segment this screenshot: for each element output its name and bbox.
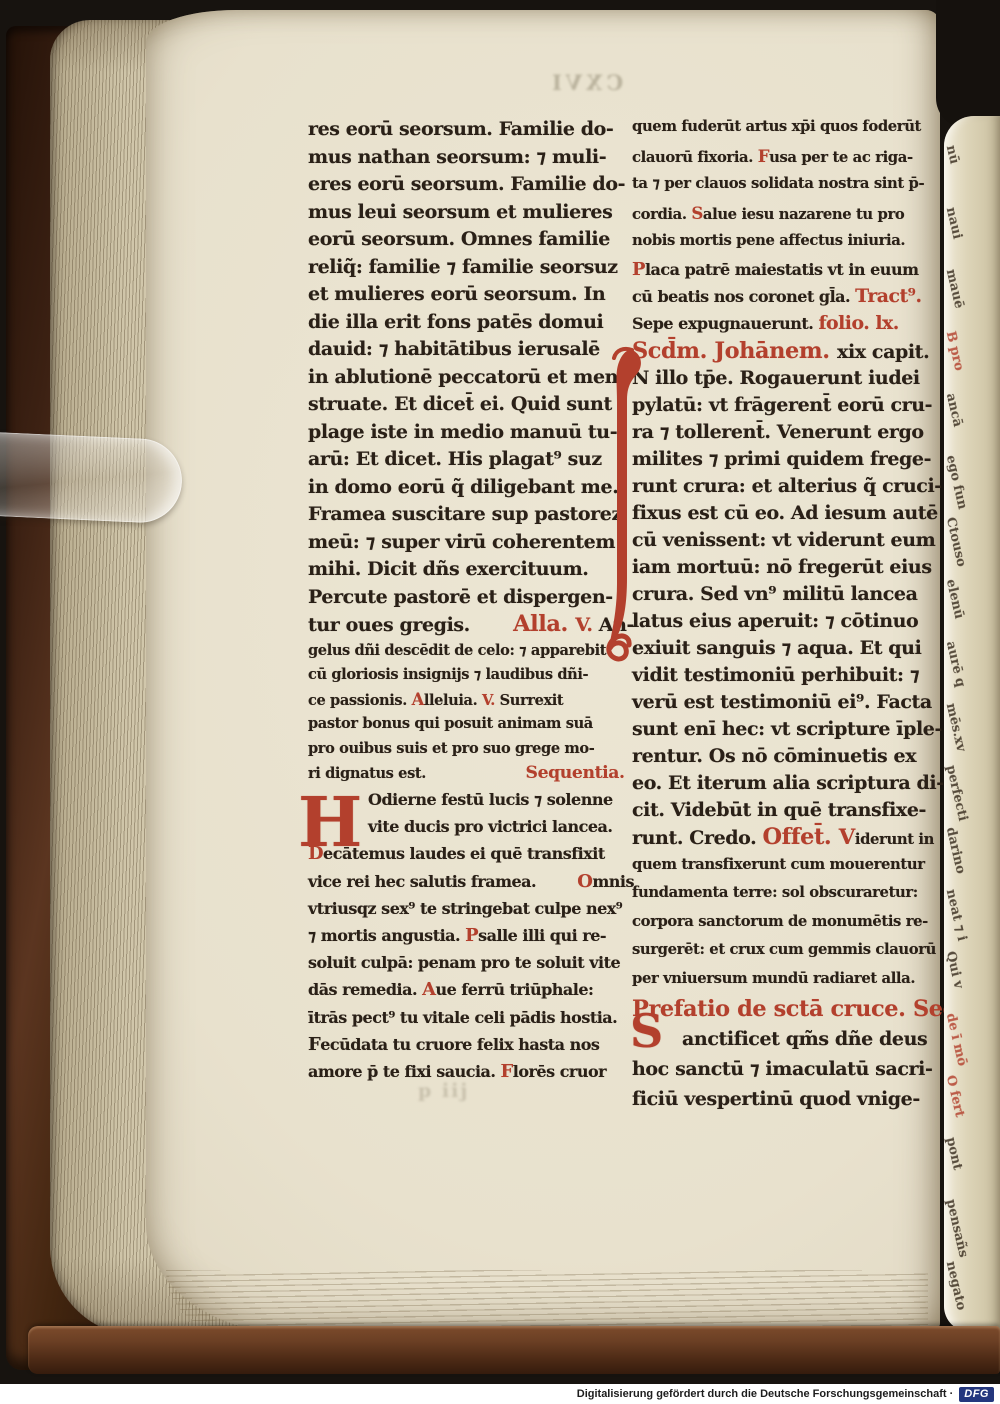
text-line: mus leui seorsum et mulieres <box>308 199 634 227</box>
text-line: vidit testimoniū perhibuit: ⁊ <box>632 662 942 689</box>
lombardic-initial-s: S <box>630 1008 663 1054</box>
text-line: corpora sanctorum de monumētis re- <box>632 908 942 937</box>
background-top-right <box>936 0 1000 128</box>
text-line: Sepe expugnauerunt. folio. lx. <box>632 310 942 337</box>
facing-page-edge: nūnauimauēB proancāego funCtousoelenūaur… <box>944 116 1000 1332</box>
text-line: latus eius aperuit: ⁊ cōtinuo <box>632 608 942 635</box>
facing-page-text-fragment: perfecti <box>944 764 970 823</box>
facing-page-text-fragment: Ctouso <box>944 516 969 569</box>
facing-page-text-fragment: darino <box>944 826 968 876</box>
bottom-page-edges <box>166 1270 928 1332</box>
plastic-page-holder <box>0 432 184 525</box>
text-line: res eorū seorsum. Familie do- <box>308 116 634 144</box>
text-line: struate. Et dicet̄ ei. Quid sunt <box>308 391 634 419</box>
facing-page-text-fragment: elenū <box>944 578 966 621</box>
text-line: tur oues gregis.Alla. V. An- <box>308 611 634 639</box>
text-line: hoc sanctū ⁊ imaculatū sacri- <box>632 1054 942 1084</box>
text-line: Scd̄m. Johānem. xix capit. <box>632 338 942 365</box>
text-line: surgerēt: et crux cum gemmis clauorū <box>632 936 942 965</box>
text-line: per vniuersum mundū radiaret alla. <box>632 965 942 994</box>
text-line: ⁊ mortis angustia. Psalle illi qui re- <box>308 922 634 949</box>
text-line: gelus dñi descēdit de celo: ⁊ apparebit <box>308 639 634 664</box>
text-line: ītrās pect⁹ tu vitale celi pādis hostia. <box>308 1004 634 1031</box>
text-line: ra ⁊ tollerent̄. Venerunt ergo <box>632 419 942 446</box>
text-line: die illa erit fons patēs domui <box>308 309 634 337</box>
facing-page-text-fragment: mauē <box>944 268 966 310</box>
text-line: N illo tp̄e. Rogauerunt iudei <box>632 365 942 392</box>
dfg-logo: DFG <box>959 1387 994 1402</box>
text-line: Framea suscitare sup pastorez <box>308 501 634 529</box>
text-line: runt crura: et alterius q̃ cruci- <box>632 473 942 500</box>
folio-number-showthrough: CXVI <box>548 70 623 95</box>
text-line: Fecūdata tu cruore felix hasta nos <box>308 1031 634 1058</box>
text-line: cordia. Salue iesu nazarene tu pro <box>632 199 942 228</box>
text-line: ficiū vespertinū quod vnige- <box>632 1084 942 1114</box>
manuscript-page: CXVI res eorū seorsum. Familie do-mus na… <box>146 10 940 1334</box>
text-line: vtriusqz sex⁹ te stringebat culpe nex⁹ <box>308 895 634 922</box>
text-line: eres eorū seorsum. Familie do- <box>308 171 634 199</box>
text-line: reliq̃: familie ⁊ familie seorsuz <box>308 254 634 282</box>
text-line: rentur. Os nō cōminuetis ex <box>632 743 942 770</box>
text-line: pro ouibus suis et pro suo grege mo- <box>308 737 634 762</box>
facing-page-text-fragment: aurē q <box>944 640 968 689</box>
text-line: Percute pastorē et dispergen- <box>308 584 634 612</box>
text-line: anctificet qm̃s dñe deus <box>632 1024 942 1054</box>
lombardic-initial-h: H <box>298 792 362 854</box>
text-line: cū gloriosis insignijs ⁊ laudibus dñi- <box>308 663 634 688</box>
facing-page-text-fragment: Qui v <box>944 950 966 990</box>
text-line: iam mortuū: nō fregerūt eius <box>632 554 942 581</box>
facing-page-text-fragment: mēs.xv <box>944 702 968 753</box>
facing-page-text-fragment: pont <box>944 1136 965 1172</box>
text-line: runt. Credo. Offet̄. Viderunt in <box>632 824 942 851</box>
facing-page-text-fragment: ancā <box>944 392 965 429</box>
text-line: soluit culpā: penam pro te soluit vite <box>308 949 634 976</box>
text-line: ta ⁊ per clauos solidata nostra sint p̄- <box>632 170 942 199</box>
text-line: quem fuderūt artus xp̄i quos foderūt <box>632 113 942 142</box>
text-line: et mulieres eorū seorsum. In <box>308 281 634 309</box>
text-line: ce passionis. Alleluia. V. Surrexit <box>308 688 634 713</box>
digitization-banner: Digitalisierung gefördert durch die Deut… <box>0 1384 1000 1404</box>
facing-page-text-fragment: naui <box>944 206 965 241</box>
text-line: vice rei hec salutis framea.Omnis <box>308 868 634 895</box>
text-line: Prefatio de sctā cruce. Secr̄. <box>632 994 942 1024</box>
facing-page-text-fragment: nū <box>944 144 962 166</box>
facing-page-text-fragment: O fert <box>944 1074 967 1119</box>
signature-mark-showthrough: p iij <box>418 1080 469 1102</box>
text-line: nobis mortis pene affectus iniuria. <box>632 227 942 256</box>
text-line: milites ⁊ primi quidem frege- <box>632 446 942 473</box>
lombardic-initial-i <box>604 346 650 668</box>
scanned-book-photo: CXVI res eorū seorsum. Familie do-mus na… <box>0 0 1000 1404</box>
text-line: exiuit sanguis ⁊ aqua. Et qui <box>632 635 942 662</box>
text-line: Placa patrē maiestatis vt in euum <box>632 256 942 283</box>
text-line: clauorū fixoria. Fusa per te ac riga- <box>632 142 942 171</box>
text-line: fundamenta terre: sol obscuraretur: <box>632 879 942 908</box>
text-line: mihi. Dicit dñs exercituum. <box>308 556 634 584</box>
text-line: verū est testimoniū ei⁹. Facta <box>632 689 942 716</box>
text-line: pastor bonus qui posuit animam suā <box>308 712 634 737</box>
book-bottom-leather-edge <box>28 1326 1000 1374</box>
text-line: dauid: ⁊ habitātibus ierusalē <box>308 336 634 364</box>
text-line: arū: Et dicet. His plagat⁹ suz <box>308 446 634 474</box>
text-line: quem transfixerunt cum mouerentur <box>632 851 942 880</box>
text-line: mus nathan seorsum: ⁊ muli- <box>308 144 634 172</box>
left-text-column: res eorū seorsum. Familie do-mus nathan … <box>308 116 634 1085</box>
text-line: dās remedia. Aue ferrū triūphale: <box>308 976 634 1003</box>
facing-page-text-fragment: neat ⁊ i <box>944 888 969 943</box>
text-line: eorū seorsum. Omnes familie <box>308 226 634 254</box>
text-line: cū beatis nos coronet gl̄a. Tract⁹. <box>632 283 942 310</box>
text-line: cit. Videbūt in quē transfixe- <box>632 797 942 824</box>
text-line: in ablutionē peccatorū et men- <box>308 364 634 392</box>
facing-page-text-fragment: B pro <box>944 330 966 372</box>
banner-text: Digitalisierung gefördert durch die Deut… <box>577 1388 954 1400</box>
text-line: cū venissent: vt viderunt eum <box>632 527 942 554</box>
text-line: eo. Et iterum alia scriptura di- <box>632 770 942 797</box>
facing-page-text-fragment: negato <box>944 1260 969 1312</box>
text-line: in domo eorū q̃ diligebant me. <box>308 474 634 502</box>
text-line: fixus est cū eo. Ad iesum autē <box>632 500 942 527</box>
text-line: pylatū: vt frāgerent̄ eorū cru- <box>632 392 942 419</box>
text-line: amore p̄ te fixi saucia. Florēs cruor <box>308 1058 634 1085</box>
facing-page-text-fragment: de ī mō <box>944 1012 969 1068</box>
text-line: crura. Sed vn⁹ militū lancea <box>632 581 942 608</box>
facing-page-text-fragment: ego fun <box>944 454 970 511</box>
facing-page-text-fragment: pensañs <box>944 1198 971 1259</box>
text-line: sunt enī hec: vt scripture īple- <box>632 716 942 743</box>
right-text-column: quem fuderūt artus xp̄i quos foderūtclau… <box>632 113 942 1114</box>
text-line: plage iste in medio manuū tu- <box>308 419 634 447</box>
text-line: meū: ⁊ super virū coherentem <box>308 529 634 557</box>
